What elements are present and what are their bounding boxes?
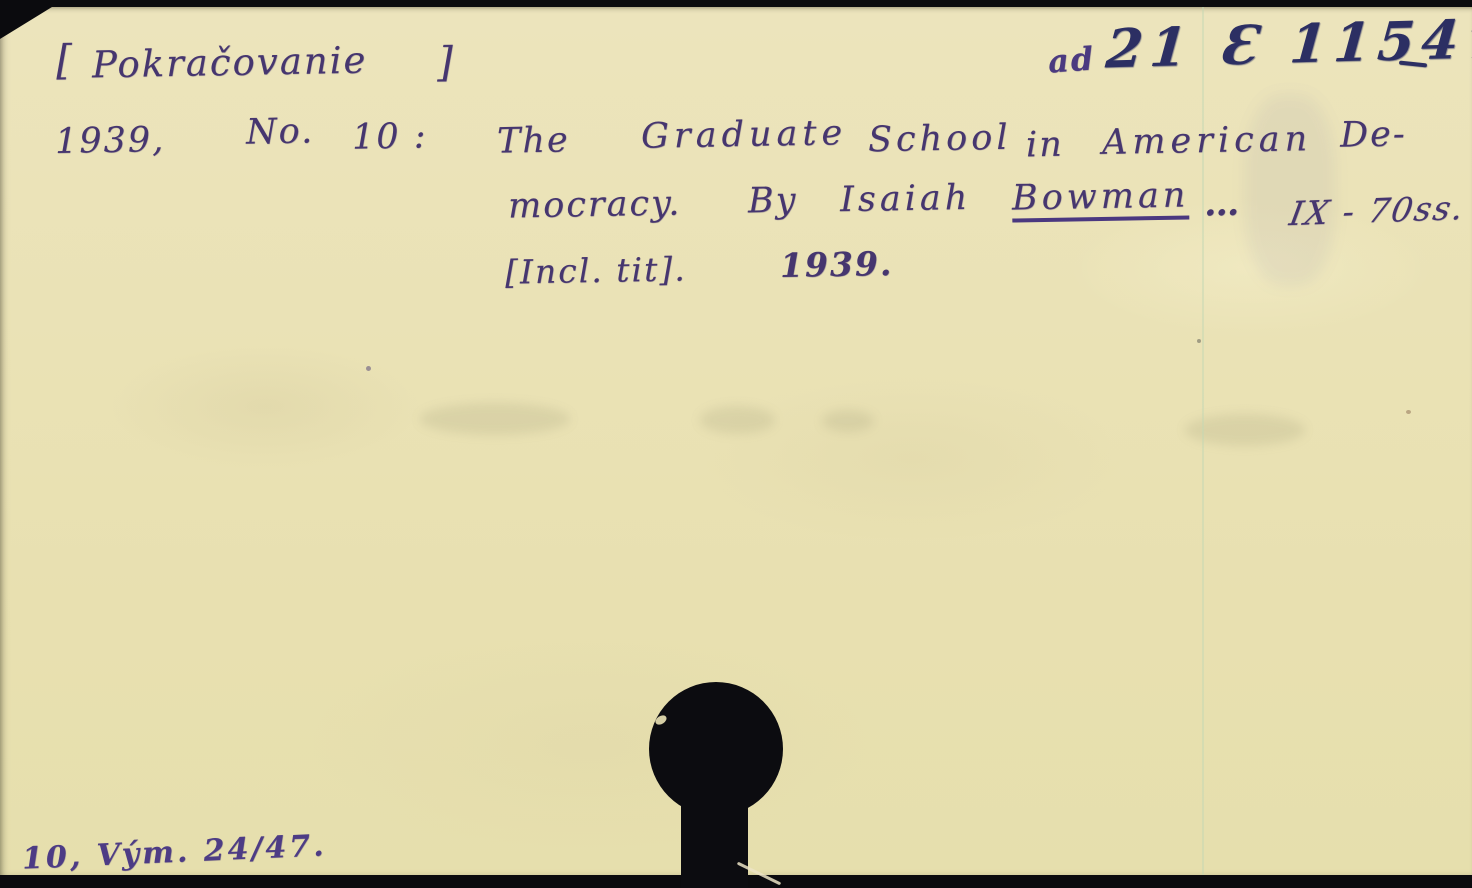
entry-year: 1939, — [55, 123, 166, 160]
continuation-note: Pokračovanie — [92, 42, 368, 84]
entry-issue-label: No. — [246, 114, 315, 150]
author-first-name: Isaiah — [840, 181, 972, 218]
call-number-prefix: ad — [1047, 42, 1096, 77]
author-last-name: Bowman — [1012, 178, 1190, 222]
ghost-smudge — [822, 410, 874, 432]
entry-year-repeat: 1939. — [780, 247, 894, 282]
title-word-graduate: Graduate — [641, 116, 848, 155]
title-word-american: American — [1102, 122, 1313, 161]
pagination-note: IX - 70ss. — [1287, 191, 1468, 230]
title-word-the: The — [497, 123, 570, 159]
entry-issue-number: 10 : — [352, 119, 428, 155]
title-word-mocracy: mocracy. — [508, 186, 682, 224]
author-ellipsis: … — [1204, 186, 1242, 222]
title-word-de-hyphen: De- — [1340, 117, 1407, 153]
hole-punch-slot — [681, 755, 748, 888]
title-word-school: School — [868, 121, 1012, 158]
call-number: 21 Ɛ 11547 — [1104, 13, 1472, 77]
inclusion-note: [Incl. tit]. — [505, 252, 687, 288]
ink-speck — [366, 366, 371, 371]
ghost-smudge — [700, 406, 775, 434]
scanned-catalog-card-page: { "card": { "note": { "open": "[", "word… — [0, 0, 1472, 888]
dust-speck — [1197, 339, 1201, 343]
title-word-in: in — [1026, 128, 1064, 164]
dust-speck — [1406, 410, 1411, 414]
ghost-smudge — [420, 403, 570, 435]
byline-by: By — [748, 184, 798, 220]
continuation-note-open-bracket: [ — [56, 40, 75, 81]
continuation-note-close-bracket: ] — [437, 42, 456, 83]
